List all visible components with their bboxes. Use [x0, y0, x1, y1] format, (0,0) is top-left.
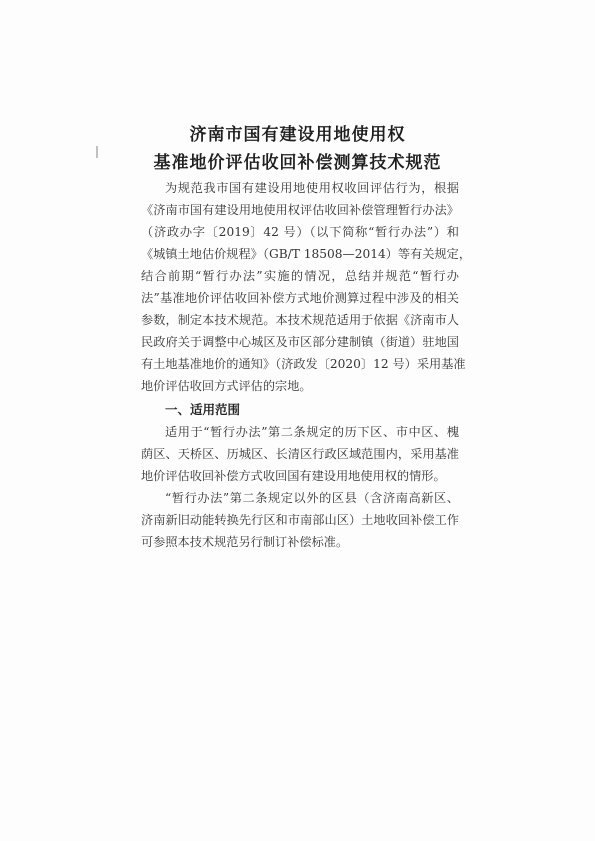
intro-line: 地价评估收回方式评估的宗地。	[141, 378, 459, 394]
intro-line: 民政府关于调整中心城区及市区部分建制镇（街道）驻地国	[141, 334, 459, 350]
section-heading-scope: 一、适用范围	[165, 400, 240, 418]
scope-para2-line: 济南新旧动能转换先行区和市南部山区）土地收回补偿工作	[141, 512, 459, 528]
document-title-line1: 济南市国有建设用地使用权	[0, 120, 595, 145]
intro-line: （济政办字〔2019〕42 号）（以下简称“暂行办法”）和	[141, 224, 459, 240]
intro-line: 有土地基准地价的通知》（济政发〔2020〕12 号）采用基准	[141, 356, 459, 372]
intro-line: 《城镇土地估价规程》（GB/T 18508—2014）等有关规定，	[141, 246, 459, 262]
intro-line: 结合前期“暂行办法”实施的情况，总结并规范“暂行办	[141, 268, 459, 284]
scope-para1-line: 地价评估收回补偿方式收回国有建设用地使用权的情形。	[141, 468, 459, 484]
intro-line: 法”基准地价评估收回补偿方式地价测算过程中涉及的相关	[141, 290, 459, 306]
document-page: 济南市国有建设用地使用权 基准地价评估收回补偿测算技术规范 为规范我市国有建设用…	[0, 0, 595, 841]
scope-para2-line: “暂行办法”第二条规定以外的区县（含济南高新区、	[165, 490, 459, 506]
intro-line: 为规范我市国有建设用地使用权收回评估行为，根据	[165, 180, 459, 196]
scope-para2-line: 可参照本技术规范另行制订补偿标准。	[141, 534, 459, 550]
scope-para1-line: 荫区、天桥区、历城区、长清区行政区域范围内，采用基准	[141, 446, 459, 462]
document-title-line2: 基准地价评估收回补偿测算技术规范	[0, 148, 595, 173]
intro-line: 《济南市国有建设用地使用权评估收回补偿管理暂行办法》	[141, 202, 459, 218]
scope-para1-line: 适用于“暂行办法”第二条规定的历下区、市中区、槐	[165, 424, 459, 440]
intro-line: 参数，制定本技术规范。本技术规范适用于依据《济南市人	[141, 312, 459, 328]
